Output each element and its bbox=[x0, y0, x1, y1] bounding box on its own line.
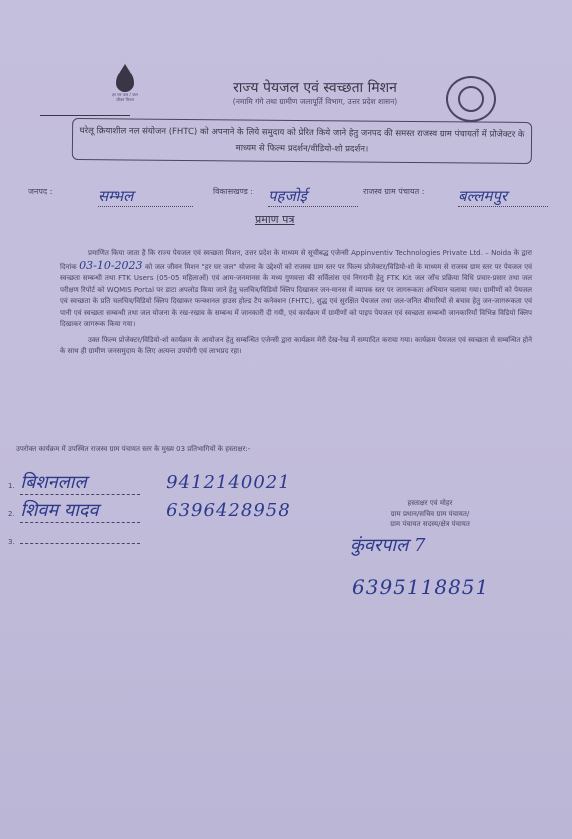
certificate-heading: प्रमाण पत्र bbox=[255, 212, 294, 227]
subject-box: घरेलू क्रियाशील नल संयोजन (FHTC) को अपना… bbox=[72, 118, 532, 164]
block-label: विकासखण्ड : bbox=[213, 186, 253, 197]
para1-text-end: को जल जीवन मिशन "हर घर जल" योजना के उद्द… bbox=[60, 263, 532, 329]
panchayat-value: बल्लमपुर bbox=[458, 186, 548, 207]
logo-caption: हर घर जल / जल जीवन मिशन bbox=[108, 92, 142, 102]
participant-phone: 9412140021 bbox=[166, 472, 291, 493]
jal-jeevan-mission-logo: हर घर जल / जल जीवन मिशन bbox=[108, 70, 142, 112]
location-fields: जनपद : सम्भल विकासखण्ड : पहजोई राजस्व ग्… bbox=[28, 180, 548, 204]
participant-number: 1. bbox=[8, 482, 15, 490]
participant-number: 2. bbox=[8, 510, 15, 518]
stamp-label-line: ग्राम पंचायत सदस्य/क्षेत्र पंचायत bbox=[360, 519, 500, 530]
participant-row: 3. bbox=[8, 528, 140, 549]
participant-name bbox=[20, 543, 140, 544]
emblem-icon bbox=[458, 86, 484, 112]
page-title: राज्य पेयजल एवं स्वच्छता मिशन bbox=[180, 78, 450, 97]
participant-name: शिवम यादव bbox=[20, 498, 140, 523]
body-paragraph-1: प्रमाणित किया जाता है कि राज्य पेयजल एवं… bbox=[60, 248, 532, 331]
header-divider bbox=[40, 115, 130, 116]
participants-intro: उपरोक्त कार्यक्रम में उपस्थित राजस्व ग्र… bbox=[16, 444, 316, 455]
stamp-label: हस्ताक्षर एवं मोहर ग्राम प्रधान/सचिव ग्र… bbox=[360, 498, 500, 530]
up-government-emblem bbox=[446, 76, 496, 122]
panchayat-label: राजस्व ग्राम पंचायत : bbox=[363, 186, 424, 197]
water-drop-icon bbox=[116, 70, 134, 92]
program-date: 03-10-2023 bbox=[79, 259, 142, 272]
stamp-label-line: ग्राम प्रधान/सचिव ग्राम पंचायत/ bbox=[360, 509, 500, 520]
block-value: पहजोई bbox=[268, 186, 358, 207]
district-label: जनपद : bbox=[28, 186, 52, 197]
stamp-label-line: हस्ताक्षर एवं मोहर bbox=[360, 498, 500, 509]
participant-name: बिशनलाल bbox=[20, 470, 140, 495]
signer-name: कुंवरपाल 7 bbox=[350, 533, 425, 557]
district-value: सम्भल bbox=[98, 186, 193, 207]
body-paragraph-2: उक्त फिल्म प्रोजेक्टर/विडियो-शो कार्यक्र… bbox=[60, 335, 532, 358]
participant-phone: 6396428958 bbox=[166, 500, 291, 521]
participant-row: 1. बिशनलाल 9412140021 bbox=[8, 470, 291, 495]
participant-row: 2. शिवम यादव 6396428958 bbox=[8, 498, 291, 523]
participant-number: 3. bbox=[8, 538, 15, 546]
signer-phone: 6395118851 bbox=[352, 575, 489, 599]
page-subtitle: (नमामि गंगे तथा ग्रामीण जलापूर्ति विभाग,… bbox=[165, 97, 465, 107]
certificate-body: प्रमाणित किया जाता है कि राज्य पेयजल एवं… bbox=[60, 248, 532, 358]
certificate-page: हर घर जल / जल जीवन मिशन राज्य पेयजल एवं … bbox=[0, 0, 572, 839]
